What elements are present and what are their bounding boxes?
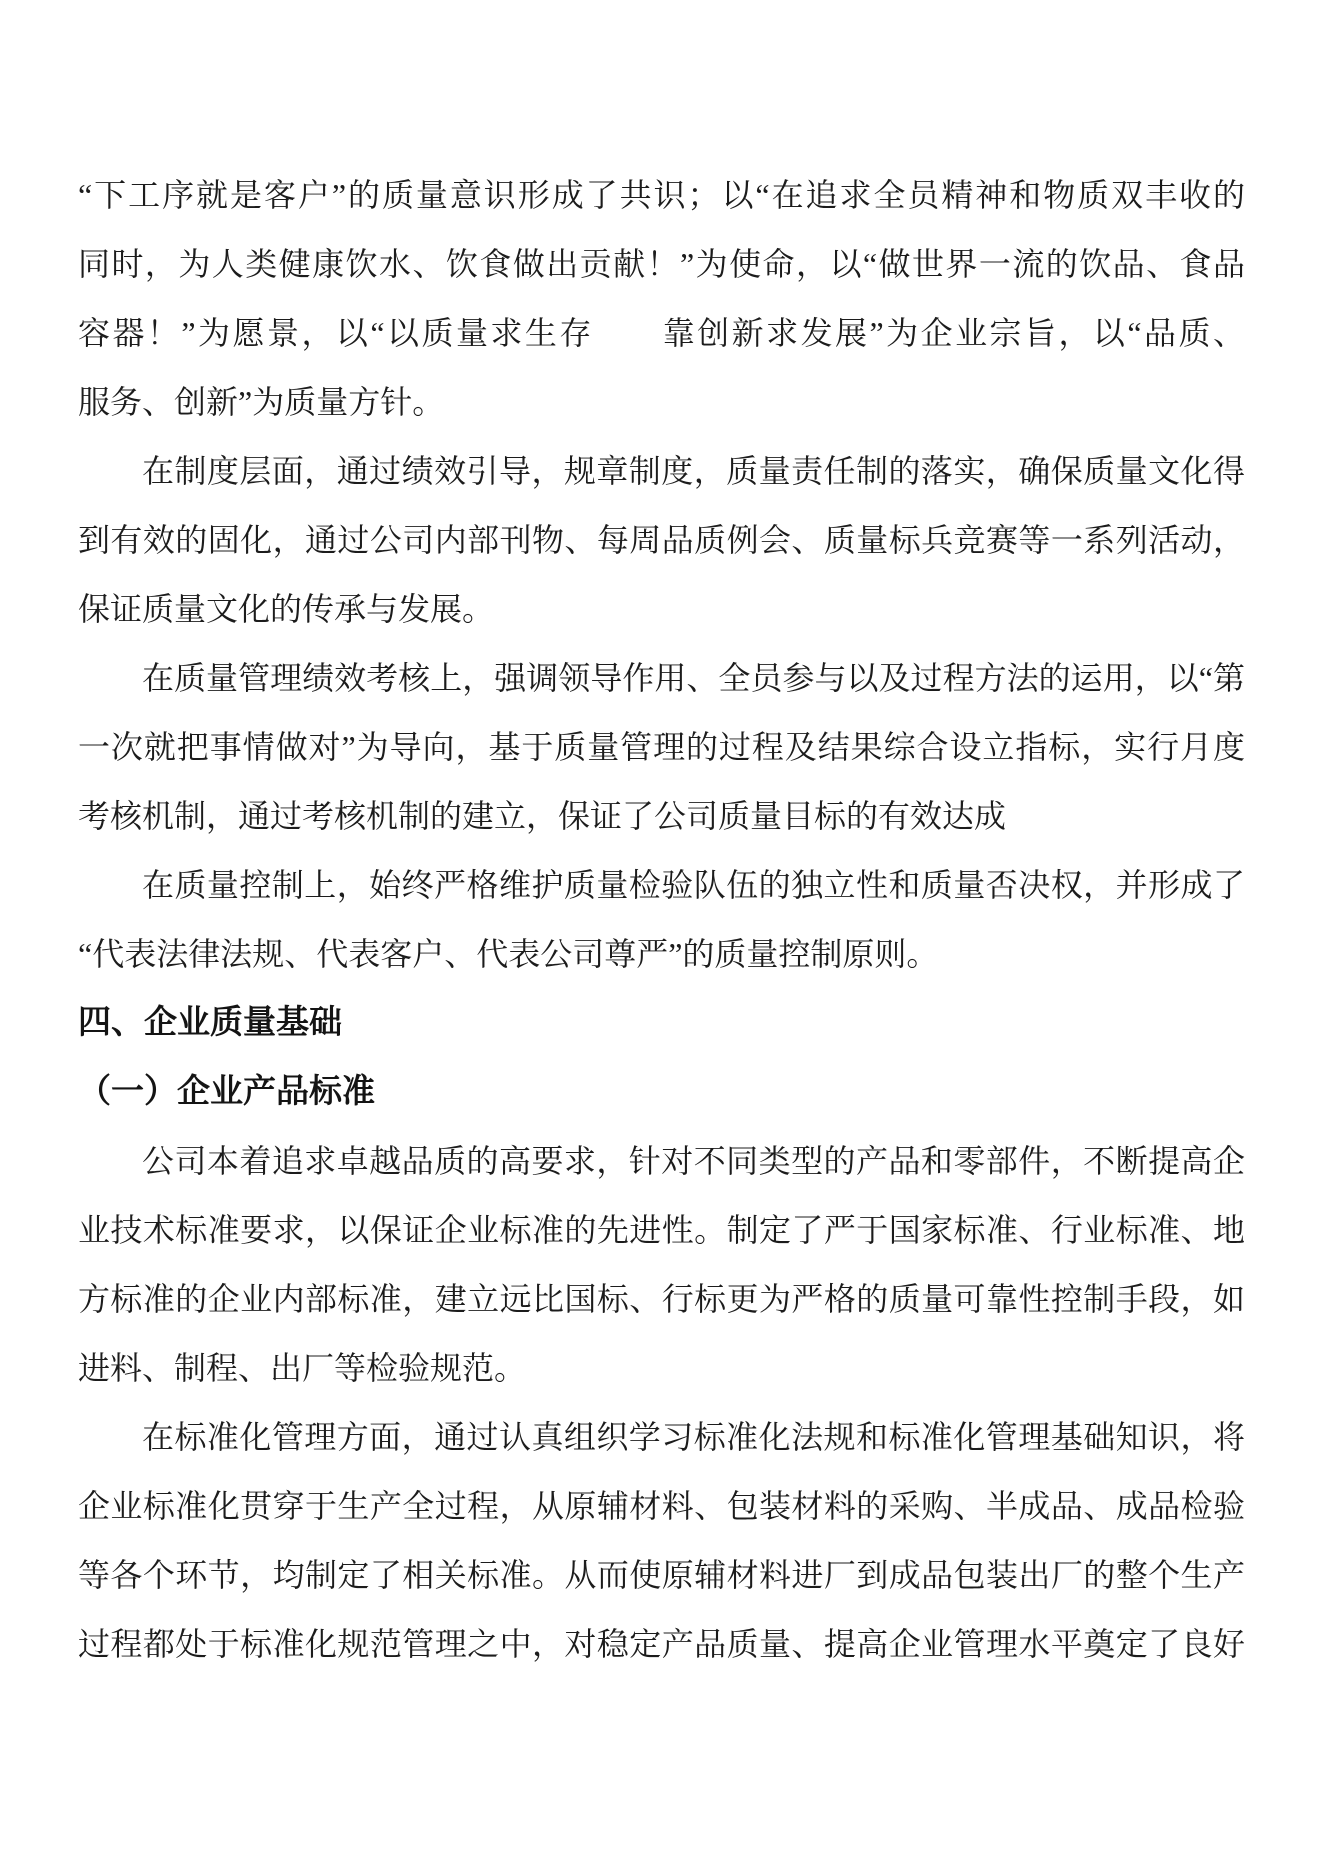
text-line: “代表法律法规、代表客户、代表公司尊严”的质量控制原则。	[78, 920, 1245, 989]
subsection-heading: （一）企业产品标准	[78, 1058, 1245, 1127]
text-line: 在质量管理绩效考核上，强调领导作用、全员参与以及过程方法的运用，以“第	[78, 644, 1245, 713]
text-line: 过程都处于标准化规范管理之中，对稳定产品质量、提高企业管理水平奠定了良好	[78, 1610, 1245, 1679]
text-line: “下工序就是客户”的质量意识形成了共识；以“在追求全员精神和物质双丰收的	[78, 161, 1245, 230]
text-line: 进料、制程、出厂等检验规范。	[78, 1334, 1245, 1403]
text-line: 在制度层面，通过绩效引导，规章制度，质量责任制的落实，确保质量文化得	[78, 437, 1245, 506]
text-line: 在标准化管理方面，通过认真组织学习标准化法规和标准化管理基础知识，将	[78, 1403, 1245, 1472]
text-line: 保证质量文化的传承与发展。	[78, 575, 1245, 644]
text-line: 等各个环节，均制定了相关标准。从而使原辅材料进厂到成品包装出厂的整个生产	[78, 1541, 1245, 1610]
text-line: 企业标准化贯穿于生产全过程，从原辅材料、包装材料的采购、半成品、成品检验	[78, 1472, 1245, 1541]
text-line: 服务、创新”为质量方针。	[78, 368, 1245, 437]
text-line: 方标准的企业内部标准，建立远比国标、行标更为严格的质量可靠性控制手段，如	[78, 1265, 1245, 1334]
text-line: 在质量控制上，始终严格维护质量检验队伍的独立性和质量否决权，并形成了	[78, 851, 1245, 920]
document-page: “下工序就是客户”的质量意识形成了共识；以“在追求全员精神和物质双丰收的同时，为…	[0, 0, 1323, 1871]
text-line: 同时，为人类健康饮水、饮食做出贡献！”为使命，以“做世界一流的饮品、食品	[78, 230, 1245, 299]
text-line: 到有效的固化，通过公司内部刊物、每周品质例会、质量标兵竞赛等一系列活动，	[78, 506, 1245, 575]
section-heading: 四、企业质量基础	[78, 989, 1245, 1058]
text-line: 业技术标准要求，以保证企业标准的先进性。制定了严于国家标准、行业标准、地	[78, 1196, 1245, 1265]
document-body: “下工序就是客户”的质量意识形成了共识；以“在追求全员精神和物质双丰收的同时，为…	[78, 161, 1245, 1679]
text-line: 公司本着追求卓越品质的高要求，针对不同类型的产品和零部件，不断提高企	[78, 1127, 1245, 1196]
text-line: 容器！”为愿景，以“以质量求生存 靠创新求发展”为企业宗旨，以“品质、	[78, 299, 1245, 368]
text-line: 一次就把事情做对”为导向，基于质量管理的过程及结果综合设立指标，实行月度	[78, 713, 1245, 782]
text-line: 考核机制，通过考核机制的建立，保证了公司质量目标的有效达成	[78, 782, 1245, 851]
